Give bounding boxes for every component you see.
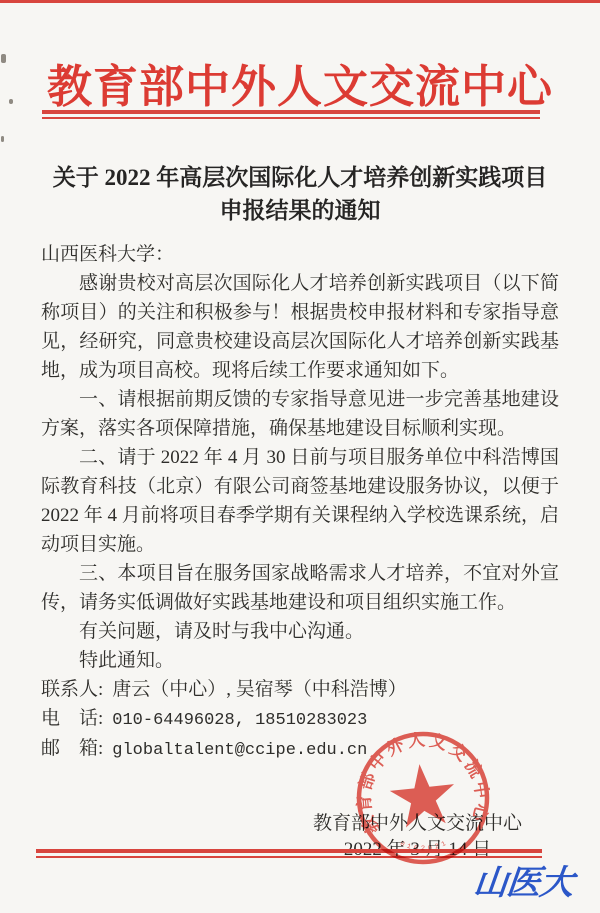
contact-person-row: 联系人:唐云（中心）, 吴宿琴（中科浩博） [41,676,559,705]
letter-body: 山西医科大学： 感谢贵校对高层次国际化人才培养创新实践项目（以下简称项目）的关注… [41,240,559,766]
seal-code: 0102021 [398,835,448,856]
svg-text:0102021: 0102021 [398,835,448,856]
body-paragraph: 三、本项目旨在服务国家战略需求人才培养，不宜对外宣传，请务实低调做好实践基地建设… [41,559,559,617]
scan-artifact [1,136,4,142]
contact-person-label: 联系人: [41,679,103,700]
contact-person-value: 唐云（中心）, 吴宿琴（中科浩博） [112,679,407,700]
scanned-official-letter: 教育部中外人文交流中心 关于 2022 年高层次国际化人才培养创新实践项目 申报… [0,0,600,913]
contact-email-label: 邮 箱: [41,738,103,759]
salutation: 山西医科大学： [41,240,559,269]
official-seal: 教育部中外人文交流中心 0102021 [344,719,502,877]
body-paragraph: 感谢贵校对高层次国际化人才培养创新实践项目（以下简称项目）的关注和积极参与！根据… [41,269,559,385]
divider-thin-line [42,117,540,119]
body-paragraph: 二、请于 2022 年 4 月 30 日前与项目服务单位中科浩博国际教育科技（北… [41,443,559,559]
document-title: 关于 2022 年高层次国际化人才培养创新实践项目 申报结果的通知 [30,161,570,227]
document-title-line2: 申报结果的通知 [220,198,381,223]
document-title-line1: 关于 2022 年高层次国际化人才培养创新实践项目 [53,165,548,190]
contact-email-value: globaltalent@ccipe.edu.cn [112,741,367,760]
contact-phone-label: 电 话: [41,708,103,729]
contact-phone-value: 010-64496028, 18510283023 [112,711,367,730]
closing-paragraph: 有关问题，请及时与我中心沟通。 [41,617,559,646]
letterhead-divider [42,110,540,119]
page-top-red-strip [0,0,600,3]
body-paragraph: 一、请根据前期反馈的专家指导意见进一步完善基地建设方案，落实各项保障措施，确保基… [41,385,559,443]
letterhead-org-name: 教育部中外人文交流中心 [0,50,600,115]
closing-paragraph: 特此通知。 [41,646,559,675]
seal-star-icon [387,761,458,829]
